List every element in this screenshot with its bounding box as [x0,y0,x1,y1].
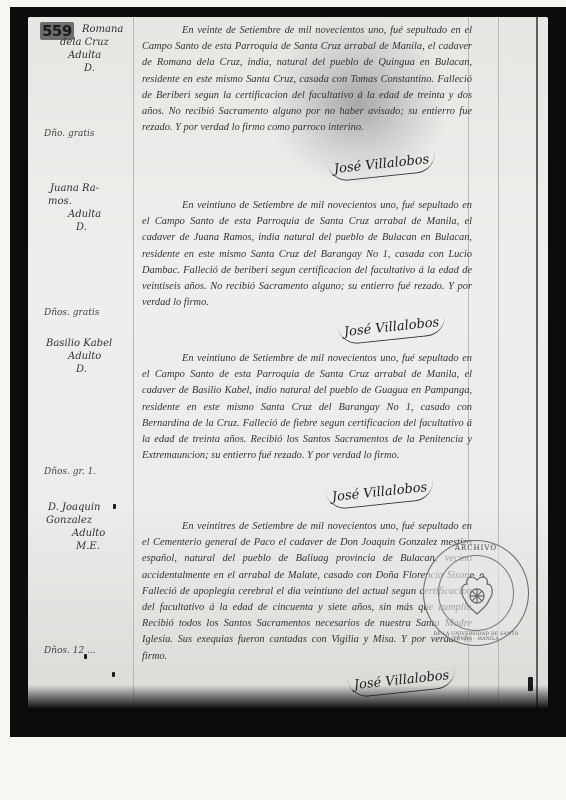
ink-spot [84,654,87,659]
fee-note: Dños. gr. 1. [44,467,96,477]
blank-margin [0,738,566,800]
priest-signature: José Villalobos [347,667,456,698]
fee-note: Dño. gratis [44,129,95,139]
page-edge-rule [536,17,538,709]
entry-margin-name: Romana dela Cruz Adulta D. [42,23,137,75]
entry-body: En veintiuno de Setiembre de mil novecie… [142,351,472,464]
entry-margin-name: Juana Ra- mos. Adulta D. [42,182,137,234]
priest-signature: José Villalobos [325,479,434,510]
entry-margin-name: Basilio Kabel Adulto D. [42,337,137,376]
entry-body: En veintiuno de Setiembre de mil novecie… [142,198,472,311]
stamp-emblem-ring [438,555,514,631]
priest-signature: José Villalobos [327,151,436,182]
double-headed-eagle-icon [457,572,497,616]
fee-note: Dños. gratis [44,308,99,318]
archive-stamp: ARCHIVO DE LA UNIVERSIDAD DE SANTO TOMAS… [423,540,529,646]
ink-spot [112,672,115,677]
ink-spot [113,504,116,509]
priest-signature: José Villalobos [337,314,446,345]
stamp-title: ARCHIVO [424,544,528,552]
entry-margin-name: D. Joaquin Gonzalez Adulto M.E. [42,501,137,553]
fee-note: Dños. 12 ... [44,646,96,656]
stamp-ring-text: DE LA UNIVERSIDAD DE SANTO TOMAS · MANIL… [424,632,528,642]
ink-spot [528,677,533,691]
entry-body: En veinte de Setiembre de mil noveciento… [142,23,472,136]
